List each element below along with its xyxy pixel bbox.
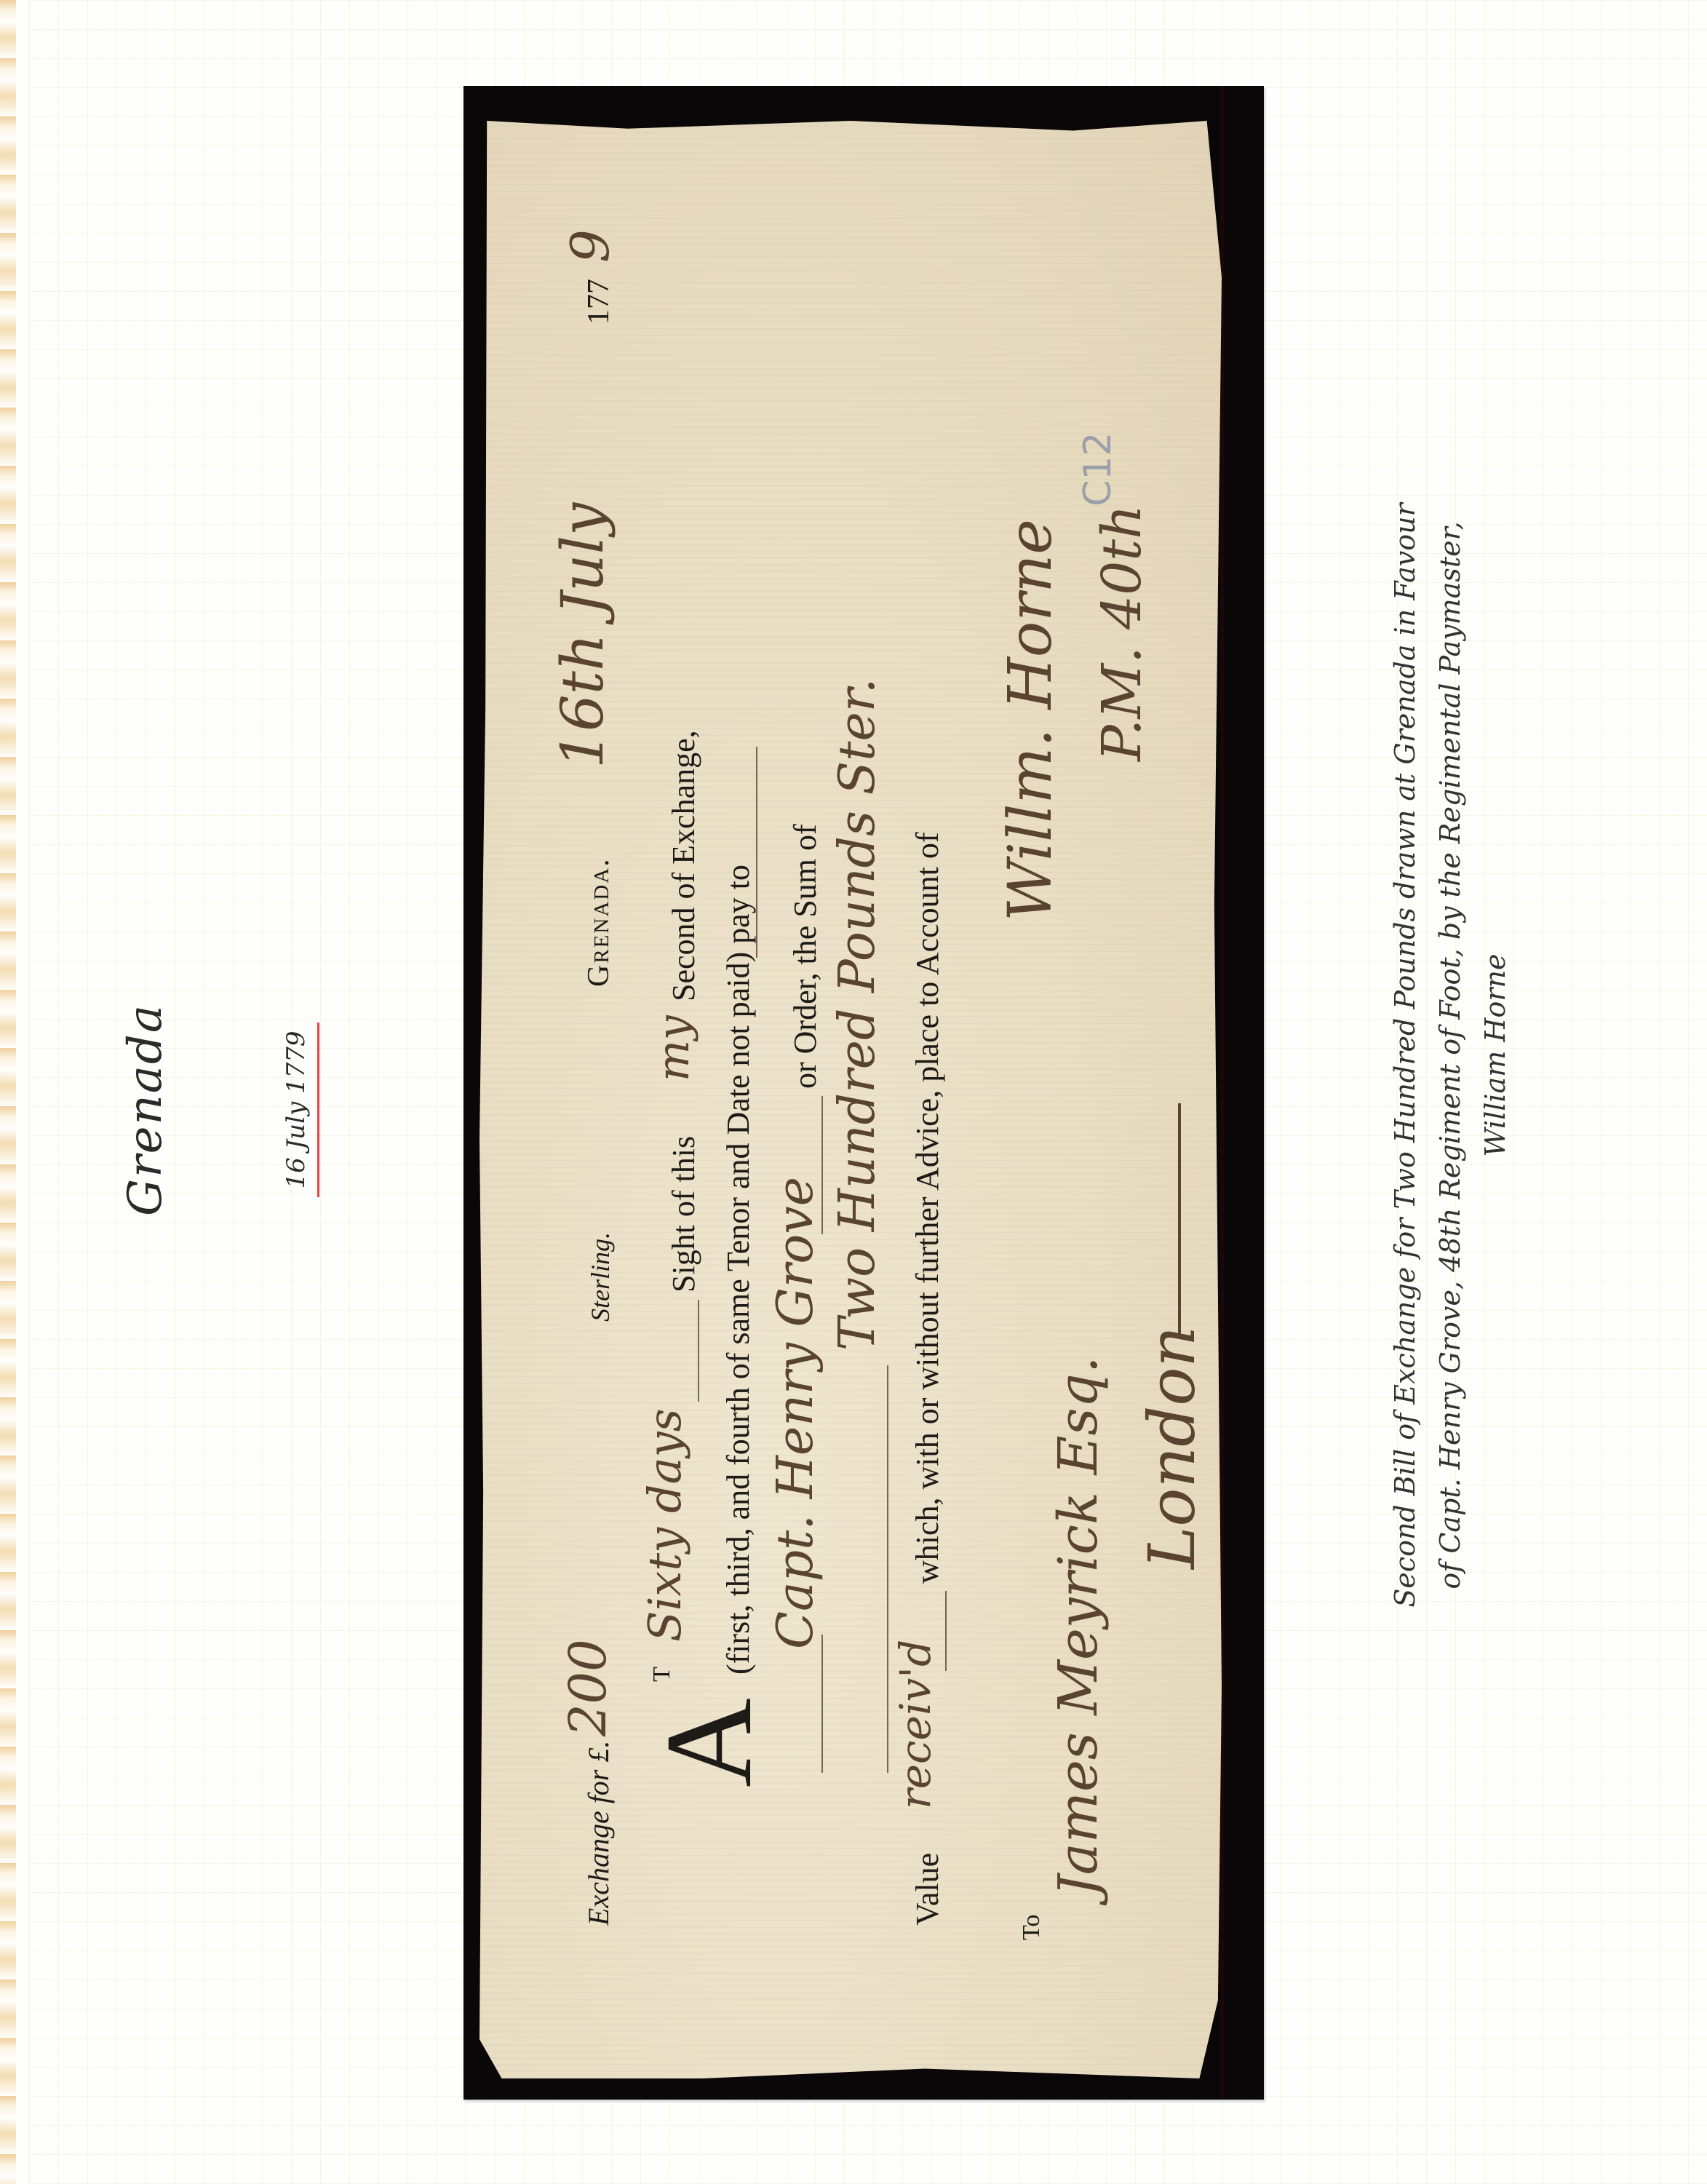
- tenor-line: (first, third, and fourth of same Tenor …: [720, 865, 757, 1675]
- year-digit: 9: [560, 229, 621, 263]
- value-label: Value: [909, 1853, 946, 1926]
- my-handwritten: my: [648, 1015, 699, 1081]
- sum-handwritten: Two Hundred Pounds Ster.: [829, 678, 886, 1351]
- fill-rule: [821, 1096, 823, 1234]
- fill-rule: [945, 1591, 947, 1671]
- caption-line: of Capt. Henry Grove, 48th Regiment of F…: [1428, 466, 1473, 1645]
- to-label: To: [1018, 1915, 1046, 1940]
- dropcap-rest: T: [648, 1667, 676, 1682]
- payee-handwritten: Capt. Henry Grove: [767, 1177, 824, 1649]
- dropcap: A: [647, 1698, 771, 1787]
- signature-title: P.M. 40th: [1091, 504, 1153, 761]
- foxed-margin: [0, 0, 16, 2184]
- place-printed: Grenada.: [581, 857, 616, 987]
- date-underline: [317, 1022, 319, 1197]
- year-prefix: 177: [581, 279, 616, 325]
- or-order-label: or Order, the Sum of: [787, 824, 824, 1089]
- term-handwritten: Sixty days: [638, 1409, 691, 1642]
- caption-line: Second Bill of Exchange for Two Hundred …: [1382, 466, 1428, 1645]
- city-flourish: [1178, 1103, 1181, 1336]
- fill-rule: [821, 1635, 823, 1773]
- date-handwritten: 16th July: [549, 503, 616, 769]
- amount-handwritten: 200: [558, 1639, 618, 1736]
- album-caption: Second Bill of Exchange for Two Hundred …: [1382, 466, 1543, 1645]
- received-handwritten: receiv'd: [891, 1640, 940, 1809]
- fill-rule: [698, 1300, 699, 1402]
- date-label-text: 16 July 1779: [282, 1031, 311, 1189]
- advice-line: which, with or without further Advice, p…: [909, 832, 946, 1584]
- sterling-label: Sterling.: [585, 1232, 616, 1322]
- second-of-exchange-label: Second of Exchange,: [665, 730, 702, 1001]
- fill-rule: [756, 747, 757, 958]
- pencil-mark: C12: [1076, 432, 1120, 507]
- place-label: Grenada: [120, 986, 171, 1234]
- bill-of-exchange: Exchange for £. 200 Sterling. Grenada. 1…: [463, 86, 1264, 2099]
- caption-line: William Horne: [1473, 466, 1518, 1645]
- bill-paper: Exchange for £. 200 Sterling. Grenada. 1…: [480, 121, 1222, 2078]
- fill-rule: [887, 1365, 888, 1773]
- sight-label: Sight of this: [665, 1136, 702, 1292]
- signature: Willm. Horne: [996, 519, 1065, 921]
- drawee-handwritten: James Meyrick Esq.: [1047, 1357, 1110, 1897]
- city-handwritten: London: [1134, 1326, 1209, 1569]
- date-label: 16 July 1779: [280, 1022, 317, 1197]
- exchange-for-label: Exchange for £.: [581, 1741, 616, 1926]
